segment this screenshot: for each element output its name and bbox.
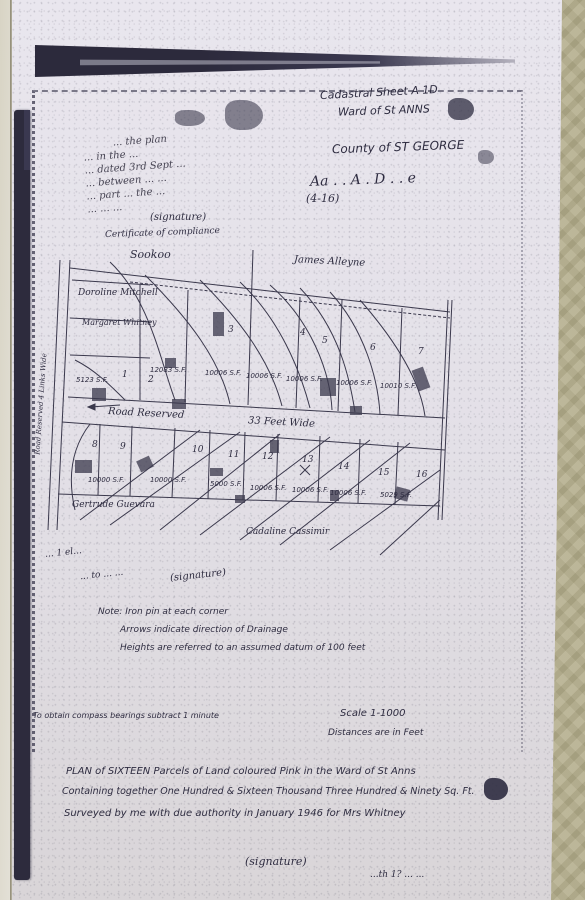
neighbour-south-left: Gertrude Guevara (72, 500, 155, 510)
lot-number: 10 (192, 445, 203, 455)
lot-number: 14 (338, 462, 349, 472)
surveyor-signature: (signature) (245, 855, 307, 868)
western-owner: Margaret Whitney (82, 318, 157, 327)
compass-note: To obtain compass bearings subtract 1 mi… (33, 711, 219, 720)
lot-number: 5 (322, 336, 328, 346)
lot-number: 15 (378, 468, 389, 478)
west-road-line (57, 260, 70, 530)
footer-line: Surveyed by me with due authority in Jan… (64, 808, 406, 819)
lot-number: 1 (122, 370, 128, 380)
area-label: 10006 S.F. (250, 484, 287, 492)
area-label: 5029 S.F. (380, 491, 412, 499)
west-road-line (48, 260, 60, 530)
lot-number: 13 (302, 455, 313, 465)
neighbour-south-right: Cadaline Cassimir (246, 527, 329, 537)
area-label: 10006 S.F. (246, 372, 283, 380)
area-label: 10000 S.F. (150, 476, 187, 484)
parcel-map (0, 0, 585, 900)
lot-number: 3 (228, 325, 234, 335)
lot-number: 11 (228, 450, 239, 460)
lot-number: 12 (262, 452, 273, 462)
area-label: 12083 S.F. (150, 366, 187, 374)
lot-number: 16 (416, 470, 427, 480)
western-owner: Doroline Mitchell (78, 288, 158, 298)
area-label: 5000 S.F. (210, 480, 242, 488)
scale-label: Scale 1-1000 (340, 708, 406, 719)
lot-number: 4 (300, 328, 306, 338)
neighbour-north-left: Sookoo (130, 248, 171, 261)
note-drainage: Arrows indicate direction of Drainage (120, 625, 288, 635)
area-label: 5123 S.F. (76, 376, 108, 384)
lot-number: 6 (370, 343, 376, 353)
area-label: 10006 S.F. (292, 486, 329, 494)
area-label: 10006 S.F. (330, 489, 367, 497)
lot-number: 8 (92, 440, 98, 450)
footer-line: PLAN of SIXTEEN Parcels of Land coloured… (66, 766, 416, 777)
area-label: 10000 S.F. (88, 476, 125, 484)
date-note: ...th 1? ... ... (370, 870, 424, 880)
footer-line: Containing together One Hundred & Sixtee… (62, 786, 475, 797)
lot-number: 9 (120, 442, 126, 452)
lot-number: 7 (418, 347, 424, 357)
note-iron-pin: Note: Iron pin at each corner (98, 607, 228, 617)
area-label: 10006 S.F. (336, 379, 373, 387)
area-label: 10010 S.F. (380, 382, 417, 390)
distance-units: Distances are in Feet (328, 728, 423, 738)
area-label: 10006 S.F. (205, 369, 242, 377)
area-label: 10006 S.F. (286, 375, 323, 383)
note-datum: Heights are referred to an assumed datum… (120, 643, 365, 653)
lot-number: 2 (148, 375, 154, 385)
